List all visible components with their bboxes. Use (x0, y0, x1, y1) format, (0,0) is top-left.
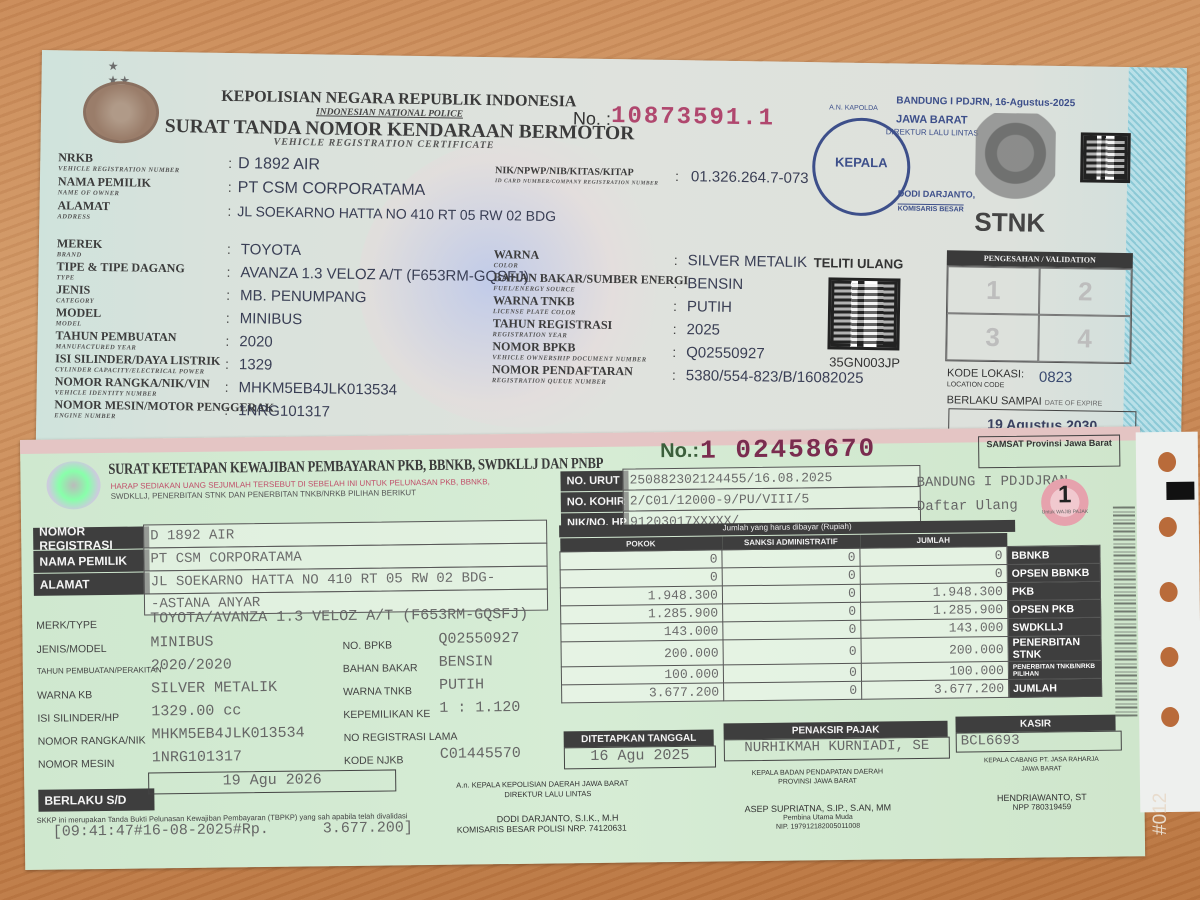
valid-until-value: 19 Agu 2026 (148, 769, 396, 794)
payment-item-label: SWDKLLJ (1008, 617, 1101, 636)
field-label: ALAMATADDRESS (57, 200, 227, 227)
detail-label: NO. BPKB (342, 639, 392, 652)
detail-label: KEPEMILIKAN KE (343, 708, 430, 721)
perforation-hole (1160, 647, 1178, 667)
detail-value: 1NRG101317 (152, 748, 242, 766)
payment-item-label: PENERBITAN TNKB/NRKB PILIHAN (1008, 660, 1101, 679)
payment-table: POKOK SANKSI ADMINISTRATIF JUMLAH 0 0 0 … (559, 532, 1102, 704)
jumlah-cell: 3.677.200 (862, 679, 1009, 699)
vehicle-fields-right: WARNACOLOR:SILVER METALIKBAHAN BAKAR/SUM… (492, 249, 866, 393)
detail-label: NOMOR MESIN (38, 758, 115, 771)
field-value: TOYOTA (241, 241, 302, 259)
detail-label: JENIS/MODEL (36, 643, 106, 656)
stnk-number: 10873591.1 (611, 103, 775, 133)
validation-box: PENGESAHAN / VALIDATION 1 2 3 4 (945, 250, 1133, 364)
label-assessed-date: DITETAPKAN TANGGAL (564, 730, 714, 748)
owner-fields: NRKBVEHICLE REGISTRATION NUMBER :D 1892 … (57, 152, 557, 232)
field-value: Q02550927 (686, 344, 765, 362)
detail-label: WARNA TNKB (343, 685, 412, 698)
field-value: MINIBUS (240, 310, 303, 328)
taxpayer-copy-badge: 1 Untuk WAJIB PAJAK (1039, 477, 1092, 528)
sanksi-cell: 0 (722, 548, 860, 568)
label-cashier: KASIR (955, 715, 1115, 733)
stnk-certificate: ★★★ KEPOLISIAN NEGARA REPUBLIK INDONESIA… (36, 50, 1187, 463)
pokok-cell: 0 (560, 568, 722, 588)
jumlah-cell: 1.285.900 (861, 600, 1008, 620)
label-registration-number: NOMOR REGISTRASI (33, 526, 149, 549)
nik-value: 01.326.264.7-073 (691, 168, 809, 187)
signatory-rank: KOMISARIS BESAR (898, 203, 964, 213)
jumlah-cell: 143.000 (861, 618, 1008, 638)
validation-cell: 4 (1038, 315, 1131, 363)
detail-value: SILVER METALIK (151, 679, 277, 698)
merk-type-label: MERK/TYPE (36, 619, 97, 632)
address-value: JL SOEKARNO HATTA NO 410 RT 05 RW 02 BDG (237, 203, 556, 232)
detail-label: TAHUN PEMBUATAN/PERAKITAN (37, 665, 162, 676)
perforation-hole (1161, 707, 1179, 727)
number-label: No. : (573, 108, 611, 130)
perforation-hole (1160, 582, 1178, 602)
qr-code-icon[interactable] (827, 277, 900, 350)
pokok-cell: 1.285.900 (561, 604, 723, 624)
field-value: 2020 (239, 333, 273, 351)
field-value: MB. PENUMPANG (240, 287, 367, 306)
photo-tag: #012 (1150, 793, 1172, 835)
nrkb-value: D 1892 AIR (238, 155, 320, 180)
label-queue-number: NO. URUT (560, 471, 628, 492)
detail-label: BAHAN BAKAR (343, 662, 418, 675)
field-value: PUTIH (687, 298, 732, 316)
label-kohir: NO. KOHIR (561, 492, 629, 513)
detail-value: MHKM5EB4JLK013534 (152, 725, 305, 744)
hologram-seal-icon (46, 461, 101, 510)
document-title-en: VEHICLE REGISTRATION CERTIFICATE (273, 137, 494, 151)
jumlah-cell: 0 (860, 564, 1007, 584)
stnk-seal-text: STNK (974, 207, 1045, 239)
sanksi-cell: 0 (723, 602, 861, 622)
detail-label: NOMOR RANGKA/NIK (38, 734, 146, 747)
pokok-cell: 3.677.200 (562, 683, 724, 703)
pokok-cell: 200.000 (561, 640, 723, 667)
black-marker (1166, 482, 1194, 500)
validation-cell: 1 (947, 266, 1040, 314)
field-value: 1329 (239, 356, 273, 374)
validation-stamp: [09:41:47#16-08-2025#Rp. 3.677.200] (53, 819, 413, 840)
police-stamp-icon: KEPALA (812, 117, 912, 217)
pokok-cell: 143.000 (561, 622, 723, 642)
cashier-value: BCL6693 (956, 731, 1122, 753)
validation-cell: 2 (1039, 268, 1132, 316)
detail-value: BENSIN (439, 653, 493, 671)
payment-item-label: OPSEN PKB (1008, 599, 1101, 618)
sanksi-cell: 0 (723, 663, 861, 683)
service-type: Daftar Ulang (917, 498, 1018, 515)
pokok-cell: 1.948.300 (560, 586, 722, 606)
qr-caption: TELITI ULANG (814, 255, 904, 271)
field-value: 5380/554-823/B/16082025 (686, 367, 864, 387)
location-code-label: KODE LOKASI:LOCATION CODE (947, 368, 1024, 391)
detail-label: KODE NJKB (344, 754, 404, 767)
skkp-title: SURAT KETETAPAN KEWAJIBAN PEMBAYARAN PKB… (108, 455, 603, 479)
payment-item-label: BBNKB (1007, 545, 1100, 564)
police-emblem-icon (83, 81, 160, 144)
detail-value: 2020/2020 (151, 656, 232, 674)
samsat-box: SAMSAT Provinsi Jawa Barat (978, 435, 1120, 469)
detail-value: 1 : 1.120 (439, 699, 520, 717)
detail-value: MINIBUS (150, 634, 213, 652)
field-value: 1NRG101317 (238, 402, 330, 420)
skkp-number-label: No.: (660, 440, 699, 463)
field-value: SILVER METALIK (688, 252, 808, 271)
merk-type-value: TOYOTA/AVANZA 1.3 VELOZ A/T (F653RM-GQSF… (150, 606, 528, 628)
owner-name-value: PT CSM CORPORATAMA (238, 179, 426, 206)
jumlah-cell: 100.000 (861, 661, 1008, 681)
field-value: BENSIN (687, 275, 743, 293)
payment-item-label: PKB (1007, 581, 1100, 600)
detail-value: Q02550927 (438, 630, 519, 648)
expiry-label: BERLAKU SAMPAI DATE OF EXPIRE (947, 394, 1103, 408)
payment-item-label: OPSEN BBNKB (1007, 563, 1100, 582)
jasaraharja-signature-block: KEPALA CABANG PT. JASA RAHARJAJAWA BARAT… (984, 755, 1099, 812)
label-address: ALAMAT (34, 572, 150, 595)
field-value: MHKM5EB4JLK013534 (238, 379, 397, 398)
signatory-prefix: A.N. KAPOLDA (829, 104, 878, 112)
jumlah-cell: 200.000 (861, 636, 1008, 663)
skkp-number: 1 02458670 (700, 434, 876, 466)
detail-label: WARNA KB (37, 689, 92, 702)
detail-value: PUTIH (439, 676, 484, 694)
qr-code-small-icon[interactable] (1080, 132, 1131, 183)
bapenda-signature-block: KEPALA BADAN PENDAPATAN DAERAHPROVINSI J… (744, 767, 891, 832)
signatory-name: DODI DARJANTO, (898, 188, 975, 199)
field-value: AVANZA 1.3 VELOZ A/T (F653RM-GQSFJ) (240, 264, 529, 286)
pokok-cell: 100.000 (561, 665, 723, 685)
vehicle-fields: MEREKBRAND:TOYOTATIPE & TIPE DAGANGTYPE:… (54, 238, 529, 429)
label-valid-until: BERLAKU S/D (38, 788, 154, 811)
police-shield-icon (975, 113, 1057, 214)
qr-code-text: 35GN003JP (829, 354, 900, 370)
sanksi-cell: 0 (722, 566, 860, 586)
detail-value: 1329.00 cc (151, 702, 241, 720)
field-value: 2025 (686, 321, 720, 339)
sanksi-cell: 0 (723, 620, 861, 640)
perforation-hole (1159, 517, 1177, 537)
assessor-value: NURHIKMAH KURNIADI, SE (724, 737, 950, 762)
field-label: NOMOR PENDAFTARANREGISTRATION QUEUE NUMB… (492, 364, 672, 389)
sanksi-cell: 0 (722, 584, 860, 604)
sanksi-cell: 0 (723, 638, 861, 665)
sanksi-cell: 0 (724, 681, 862, 701)
jumlah-cell: 1.948.300 (860, 582, 1007, 602)
payment-item-label: JUMLAH (1008, 678, 1101, 697)
perforation-hole (1158, 452, 1176, 472)
perforated-strip (1136, 432, 1200, 813)
skkp-tax-receipt: SURAT KETETAPAN KEWAJIBAN PEMBAYARAN PKB… (20, 426, 1145, 870)
jumlah-cell: 0 (860, 546, 1007, 566)
detail-value: C01445570 (440, 745, 521, 763)
location-code: 0823 (1039, 369, 1073, 387)
detail-label: NO REGISTRASI LAMA (344, 731, 458, 744)
assessed-date-value: 16 Agu 2025 (564, 746, 716, 770)
signatory-region: JAWA BARAT (896, 113, 968, 126)
payment-item-label: PENERBITAN STNK (1008, 635, 1101, 661)
pokok-cell: 0 (560, 550, 722, 570)
field-label: NOMOR MESIN/MOTOR PENGGERAKENGINE NUMBER (54, 399, 224, 424)
detail-label: ISI SILINDER/HP (37, 712, 119, 725)
label-owner-name: NAMA PEMILIK (33, 549, 149, 572)
validation-cell: 3 (946, 313, 1039, 361)
police-signature-block: A.n. KEPALA KEPOLISIAN DAERAH JAWA BARAT… (456, 779, 629, 835)
barcode-icon (1113, 506, 1138, 716)
issue-place-date: BANDUNG I PDJRN, 16-Agustus-2025 (896, 95, 1075, 109)
